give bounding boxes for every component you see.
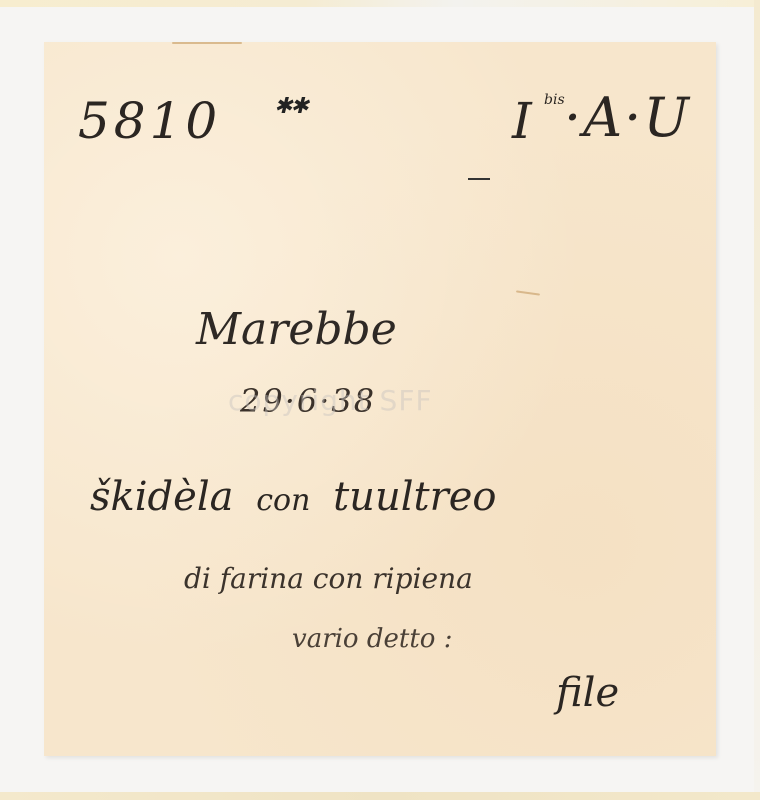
right-mount-edge bbox=[754, 0, 760, 800]
description-line-1: di farina con ripiena bbox=[184, 562, 473, 595]
ink-mark bbox=[516, 290, 540, 295]
description-line-2: vario detto : bbox=[292, 624, 452, 654]
bottom-mount-strip bbox=[0, 792, 760, 800]
dish-name-rest: tuultreo bbox=[333, 474, 496, 520]
catalog-number: 5810 bbox=[78, 92, 221, 150]
connector-word: con bbox=[256, 483, 310, 518]
catalog-marks: ✱✱ bbox=[274, 94, 307, 119]
dish-name-line: škidèla con tuultreo bbox=[90, 474, 496, 520]
code-prefix: I bbox=[512, 92, 532, 150]
code-underline bbox=[468, 178, 490, 180]
top-mount-strip bbox=[0, 0, 760, 7]
place-name: Marebbe bbox=[196, 304, 397, 355]
code-prefix-superscript: bis bbox=[544, 92, 565, 108]
dish-name: škidèla bbox=[90, 474, 233, 520]
code-main: ·A·U bbox=[564, 86, 691, 149]
paper-stain bbox=[172, 42, 242, 44]
description-line-3: file bbox=[556, 670, 619, 716]
watermark: copyright SFF bbox=[228, 384, 433, 417]
